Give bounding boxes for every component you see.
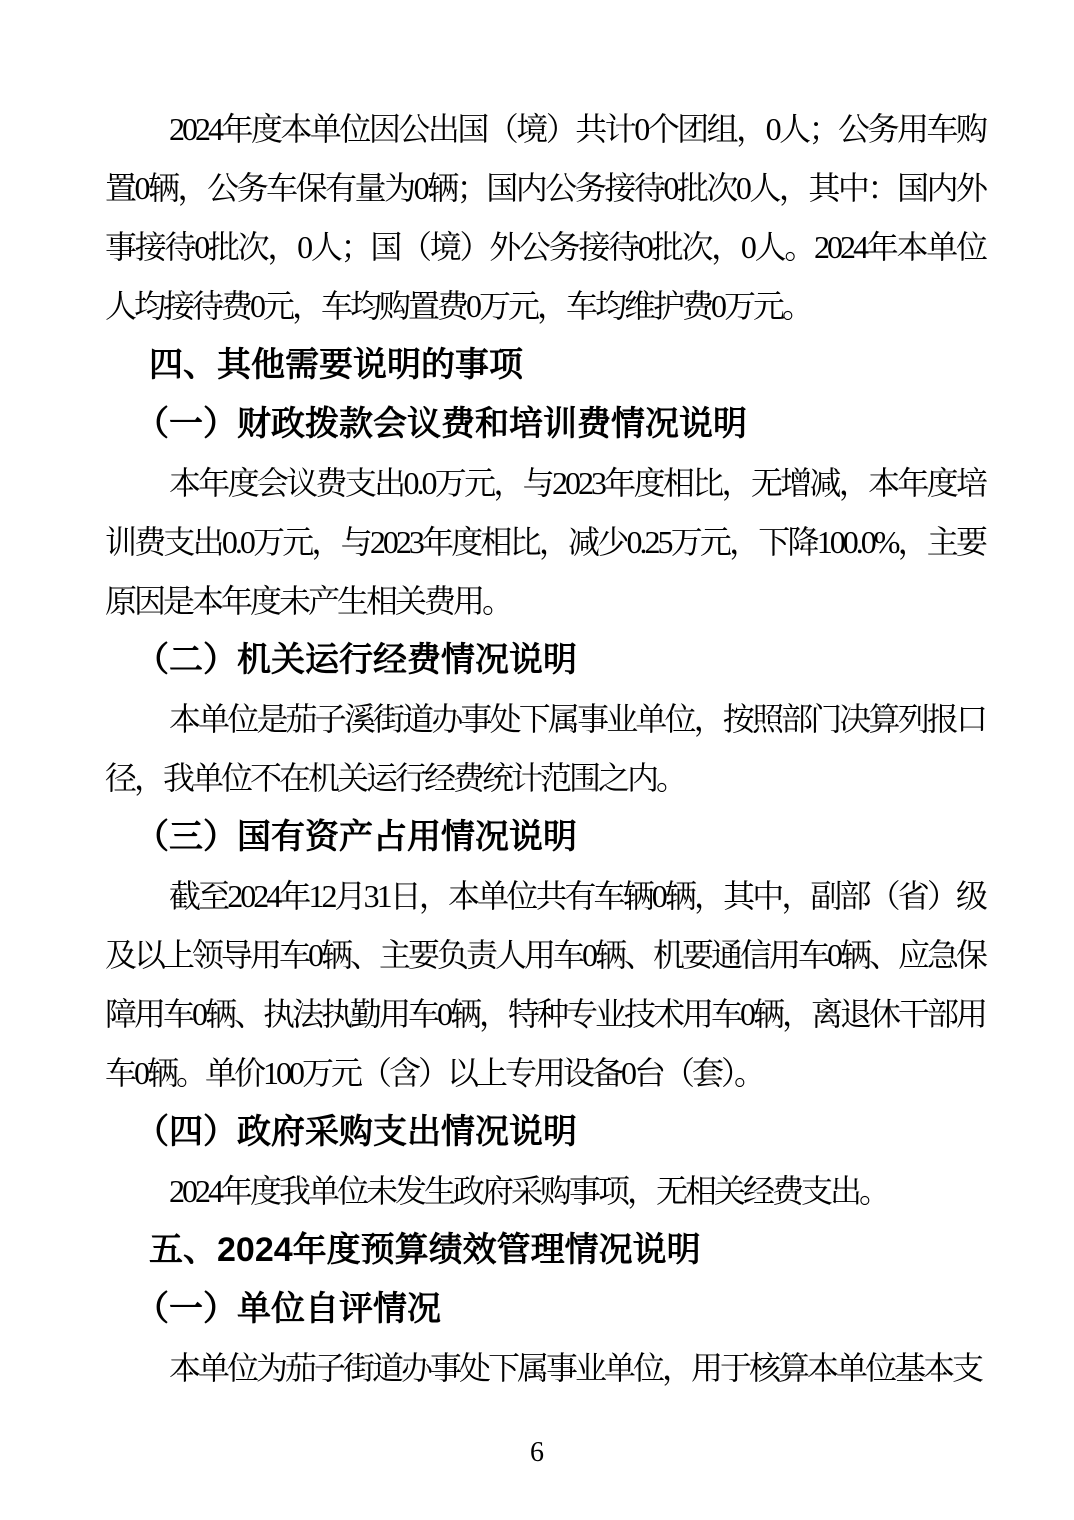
subsection-heading: （四）政府采购支出情况说明 <box>105 1103 985 1162</box>
body-paragraph: 本年度会议费支出0.0万元，与2023年度相比，无增减，本年度培训费支出0.0万… <box>105 454 985 631</box>
page-number: 6 <box>0 1437 1074 1469</box>
section-heading: 四、其他需要说明的事项 <box>105 336 985 395</box>
document-content: 2024年度本单位因公出国（境）共计0个团组，0人；公务用车购置0辆，公务车保有… <box>105 100 985 1398</box>
document-page: 2024年度本单位因公出国（境）共计0个团组，0人；公务用车购置0辆，公务车保有… <box>0 0 1074 1520</box>
subsection-heading: （二）机关运行经费情况说明 <box>105 631 985 690</box>
subsection-heading: （三）国有资产占用情况说明 <box>105 808 985 867</box>
body-paragraph: 截至2024年12月31日，本单位共有车辆0辆，其中，副部（省）级及以上领导用车… <box>105 867 985 1103</box>
body-paragraph: 本单位是茄子溪街道办事处下属事业单位，按照部门决算列报口径，我单位不在机关运行经… <box>105 690 985 808</box>
subsection-heading: （一）财政拨款会议费和培训费情况说明 <box>105 395 985 454</box>
body-paragraph: 2024年度我单位未发生政府采购事项，无相关经费支出。 <box>105 1162 985 1221</box>
body-paragraph: 本单位为茄子街道办事处下属事业单位，用于核算本单位基本支 <box>105 1339 985 1398</box>
body-paragraph: 2024年度本单位因公出国（境）共计0个团组，0人；公务用车购置0辆，公务车保有… <box>105 100 985 336</box>
subsection-heading: （一）单位自评情况 <box>105 1280 985 1339</box>
section-heading: 五、2024年度预算绩效管理情况说明 <box>105 1221 985 1280</box>
